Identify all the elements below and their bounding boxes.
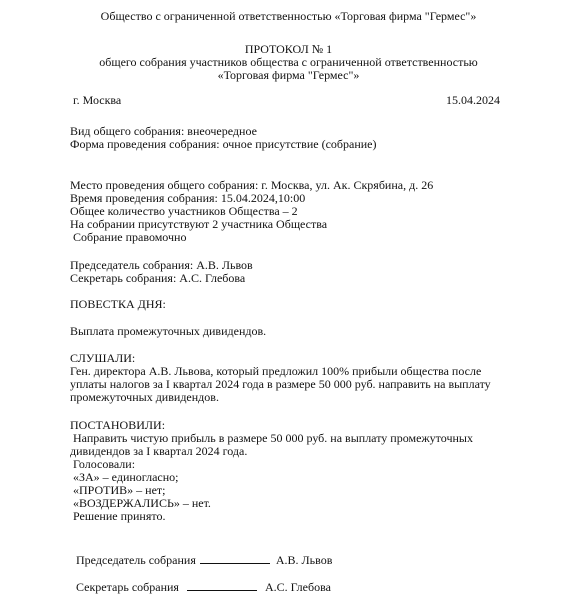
company-name: Общество с ограниченной ответственностью…	[0, 10, 577, 23]
agenda-heading: ПОВЕСТКА ДНЯ:	[70, 298, 166, 311]
document-subtitle-2: «Торговая фирма "Гермес"»	[0, 69, 577, 82]
signature-secretary: Секретарь собранияА.С. Глебова	[70, 567, 331, 594]
signature-line	[187, 580, 257, 591]
signature-name: А.В. Львов	[276, 553, 333, 567]
signature-role: Секретарь собрания	[76, 580, 179, 594]
signature-name: А.С. Глебова	[265, 580, 331, 594]
agenda-item: Выплата промежуточных дивидендов.	[70, 325, 266, 338]
signature-role: Председатель собрания	[76, 553, 196, 567]
heard-line: промежуточных дивидендов.	[70, 391, 219, 404]
meeting-form: Форма проведения собрания: очное присутс…	[70, 138, 377, 151]
document-date: 15.04.2024	[446, 94, 500, 107]
quorum-status: Собрание правомочно	[70, 231, 186, 244]
secretary: Секретарь собрания: А.С. Глебова	[70, 272, 245, 285]
signature-chairman: Председатель собранияА.В. Львов	[70, 540, 332, 567]
signature-line	[200, 553, 270, 564]
city: г. Москва	[73, 94, 121, 107]
decision: Решение принято.	[70, 510, 165, 523]
